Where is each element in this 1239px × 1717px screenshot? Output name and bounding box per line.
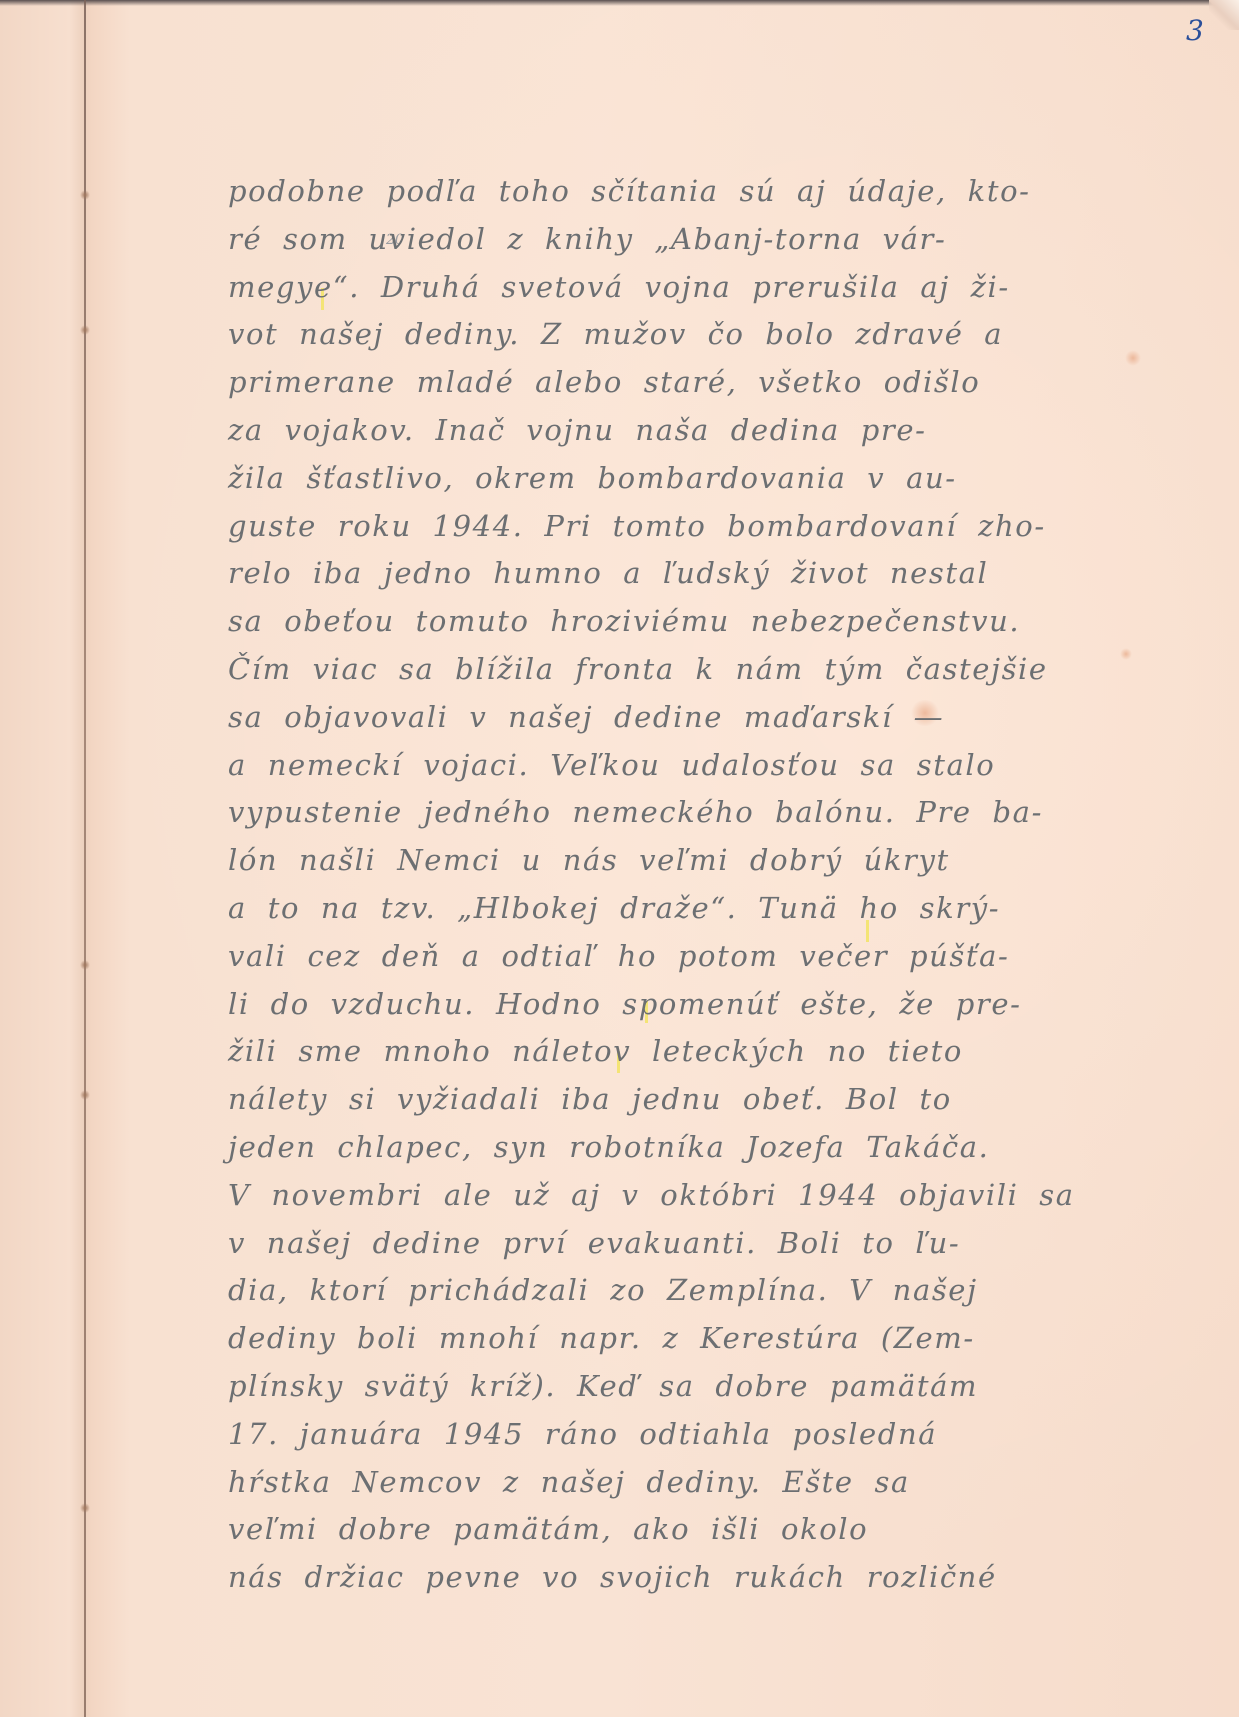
text-line: dia, ktorí prichádzali zo Zemplína. V na… bbox=[228, 1267, 1148, 1315]
page-number: 3 bbox=[1186, 14, 1204, 47]
text-line: V novembri ale už aj v októbri 1944 obja… bbox=[228, 1172, 1148, 1220]
text-line: vali cez deň a odtiaľ ho potom večer púš… bbox=[228, 933, 1148, 981]
binding-stitch-line bbox=[84, 0, 86, 1717]
page-corner-curl bbox=[1209, 0, 1239, 30]
text-line: žili sme mnoho náletov leteckých no tiet… bbox=[228, 1028, 1148, 1076]
text-line: a nemeckí vojaci. Veľkou udalosťou sa st… bbox=[228, 742, 1148, 790]
text-line: 17. januára 1945 ráno odtiahla posledná bbox=[228, 1411, 1148, 1459]
text-line: dediny boli mnohí napr. z Kerestúra (Zem… bbox=[228, 1315, 1148, 1363]
stitch-hole bbox=[80, 325, 90, 335]
text-line: nás držiac pevne vo svojich rukách rozli… bbox=[228, 1554, 1148, 1602]
stitch-hole bbox=[80, 190, 90, 200]
text-line: v našej dedine prví evakuanti. Boli to ľ… bbox=[228, 1220, 1148, 1268]
text-line: megye“. Druhá svetová vojna prerušila aj… bbox=[228, 264, 1148, 312]
text-line: a to na tzv. „Hlbokej draže“. Tunä ho sk… bbox=[228, 885, 1148, 933]
text-line: lón našli Nemci u nás veľmi dobrý úkryt bbox=[228, 837, 1148, 885]
text-line: primerane mladé alebo staré, všetko odiš… bbox=[228, 359, 1148, 407]
text-line: Čím viac sa blížila fronta k nám tým čas… bbox=[228, 646, 1148, 694]
text-line: relo iba jedno humno a ľudský život nest… bbox=[228, 550, 1148, 598]
text-line: podobne podľa toho sčítania sú aj údaje,… bbox=[228, 168, 1148, 216]
text-line: vot našej dediny. Z mužov čo bolo zdravé… bbox=[228, 311, 1148, 359]
text-line: veľmi dobre pamätám, ako išli okolo bbox=[228, 1506, 1148, 1554]
text-line: nálety si vyžiadali iba jednu obeť. Bol … bbox=[228, 1076, 1148, 1124]
text-line: li do vzduchu. Hodno spomenúť ešte, že p… bbox=[228, 981, 1148, 1029]
text-line: guste roku 1944. Pri tomto bombardovaní … bbox=[228, 503, 1148, 551]
handwritten-text-block: podobne podľa toho sčítania sú aj údaje,… bbox=[228, 168, 1148, 1602]
text-line: ré som uviedol z knihy „Abanj-torna vár- bbox=[228, 216, 1148, 264]
text-line: jeden chlapec, syn robotníka Jozefa Taká… bbox=[228, 1124, 1148, 1172]
text-line: plínsky svätý kríž). Keď sa dobre pamätá… bbox=[228, 1363, 1148, 1411]
text-line: sa obeťou tomuto hroziviému nebezpečenst… bbox=[228, 598, 1148, 646]
text-line: sa objavovali v našej dedine maďarskí — bbox=[228, 694, 1148, 742]
stitch-hole bbox=[80, 1090, 90, 1100]
scan-top-shadow bbox=[0, 0, 1239, 6]
stitch-hole bbox=[80, 1503, 90, 1513]
text-line: hŕstka Nemcov z našej dediny. Ešte sa bbox=[228, 1459, 1148, 1507]
text-line: vypustenie jedného nemeckého balónu. Pre… bbox=[228, 789, 1148, 837]
text-line: žila šťastlivo, okrem bombardovania v au… bbox=[228, 455, 1148, 503]
text-line: za vojakov. Inač vojnu naša dedina pre- bbox=[228, 407, 1148, 455]
stitch-hole bbox=[80, 960, 90, 970]
manuscript-page: 3 20 podobne podľa toho sčítania sú aj ú… bbox=[0, 0, 1239, 1717]
